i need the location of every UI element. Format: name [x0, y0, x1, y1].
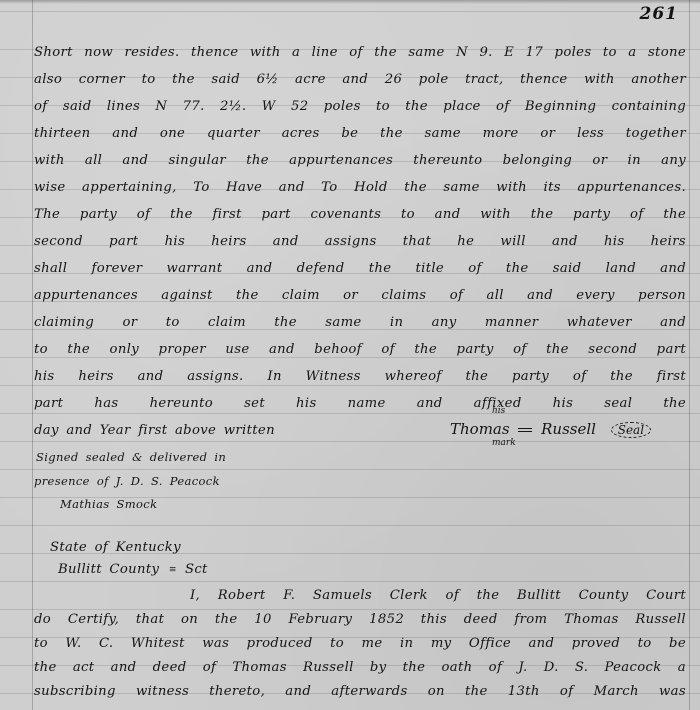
deed-line: of said lines N 77. 2½. W 52 poles to th… [34, 99, 686, 114]
certificate-line: to W. C. Whitest was produced to me in m… [34, 636, 686, 651]
deed-line: thirteen and one quarter acres be the sa… [34, 126, 686, 141]
deed-line: part has hereunto set his name and affix… [34, 396, 686, 411]
deed-line: with all and singular the appurtenances … [34, 153, 686, 168]
deed-line: his heirs and assigns. In Witness whereo… [34, 369, 686, 384]
certificate-line: subscribing witness thereto, and afterwa… [34, 684, 686, 699]
signature-last-name: Russell [541, 420, 596, 438]
venue-county-line: Bullitt County ≡ Sct [58, 562, 208, 577]
scan-shadow [0, 0, 700, 4]
signature-first-name: Thomas [450, 420, 510, 438]
his-label: his [492, 406, 505, 416]
deed-line: claiming or to claim the same in any man… [34, 315, 686, 330]
right-page-edge [689, 0, 690, 710]
deed-line: The party of the first part covenants to… [34, 207, 686, 222]
deed-line: day and Year first above written [34, 423, 275, 438]
seal-scroll: Seal [611, 422, 651, 438]
deed-record-page: 261 Short now resides. thence with a lin… [0, 0, 700, 710]
page-number: 261 [640, 4, 679, 24]
deed-line: second part his heirs and assigns that h… [34, 234, 686, 249]
certificate-line: I, Robert F. Samuels Clerk of the Bullit… [190, 588, 686, 603]
mark-label: mark [492, 438, 516, 448]
certificate-line: do Certify, that on the 10 February 1852… [34, 612, 686, 627]
witness-line: Signed sealed & delivered in [36, 450, 226, 464]
mark-symbol [518, 428, 532, 432]
deed-line: Short now resides. thence with a line of… [34, 45, 686, 60]
certificate-line: the act and deed of Thomas Russell by th… [34, 660, 686, 675]
deed-line: wise appertaining, To Have and To Hold t… [34, 180, 686, 195]
left-margin-rule [32, 0, 33, 710]
venue-sct: Sct [185, 562, 208, 577]
venue-county: Bullitt County [58, 562, 159, 577]
witness-line: presence of J. D. S. Peacock [34, 474, 220, 488]
brace-symbol: ≡ [169, 566, 176, 574]
grantor-signature: Thomas his mark Russell Seal [450, 420, 651, 438]
witness-line: Mathias Smock [60, 497, 157, 511]
deed-line: shall forever warrant and defend the tit… [34, 261, 686, 276]
deed-line: appurtenances against the claim or claim… [34, 288, 686, 303]
deed-line: to the only proper use and behoof of the… [34, 342, 686, 357]
deed-line: also corner to the said 6½ acre and 26 p… [34, 72, 686, 87]
venue-state: State of Kentucky [50, 540, 181, 555]
